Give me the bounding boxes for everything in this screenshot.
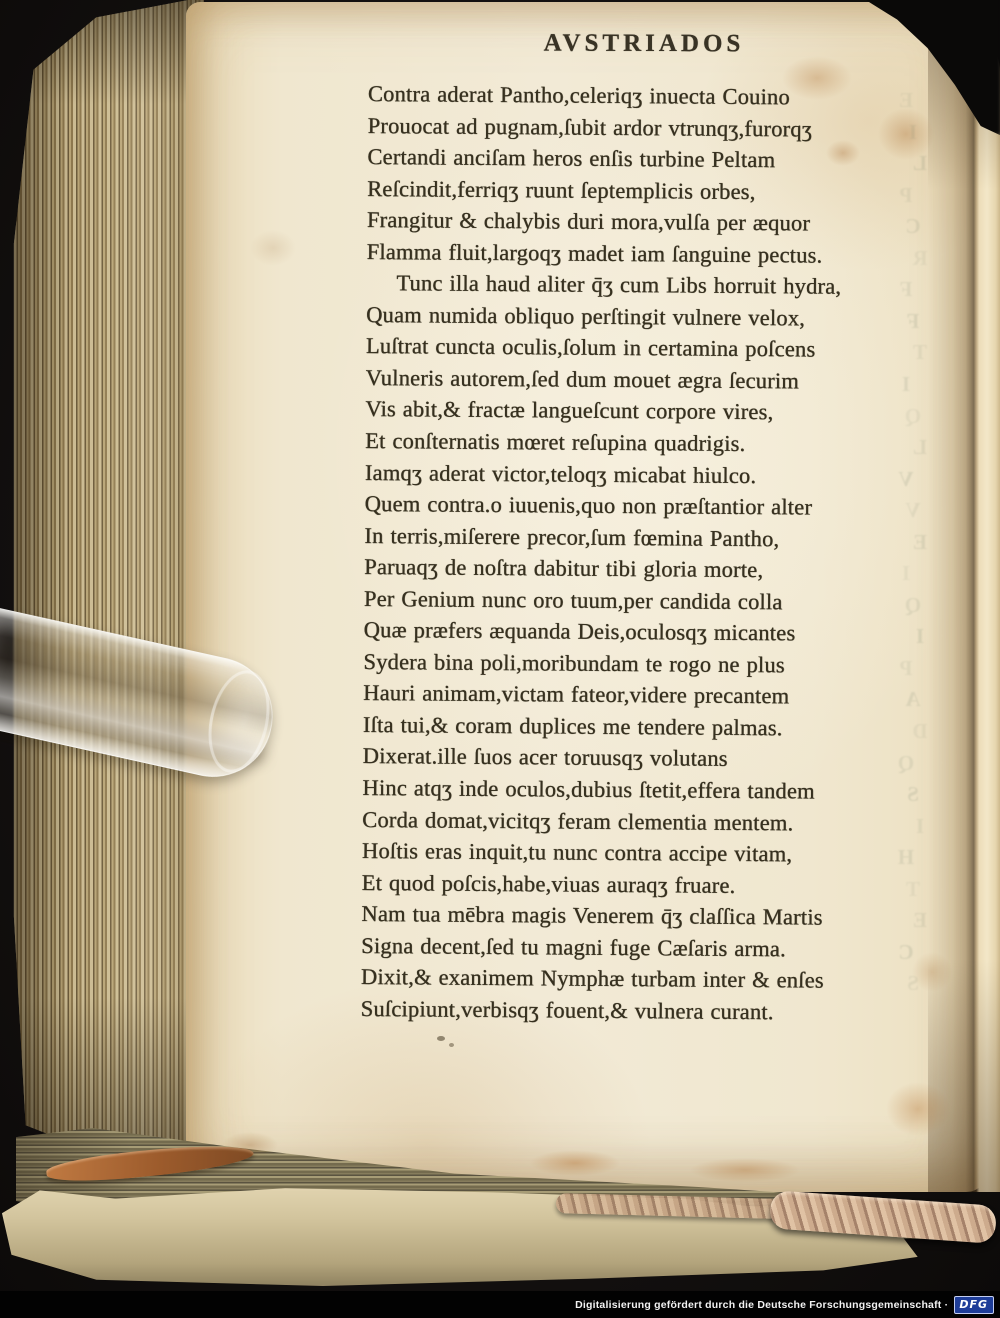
poem-line: Frangitur & chalybis duri mora,vulſa per… — [367, 204, 923, 240]
poem-line: Paruaqʒ de noſtra dabitur tibi gloria mo… — [364, 551, 920, 587]
fore-edge-page-stack — [8, 0, 204, 1160]
dfg-logo: DFG — [954, 1296, 994, 1314]
poem-line: Luſtrat cuncta oculis,ſolum in certamina… — [366, 330, 922, 366]
poem-line: Hauri animam,victam fateor,videre precan… — [363, 677, 919, 713]
poem-line: Corda domat,vicitqʒ feram clementia ment… — [362, 804, 918, 840]
poem-line: Vulneris autorem,ſed dum mouet ægra ſecu… — [366, 362, 922, 398]
poem-line: In terris,miſerere precor,ſum fœmina Pan… — [364, 520, 920, 556]
poem-line: Dixerat.ille ſuos acer toruusqʒ volutans — [363, 740, 919, 776]
poem-line: Iſta tui,& coram duplices me tendere pal… — [363, 709, 919, 745]
poem-line: Per Genium nunc oro tuum,per candida col… — [364, 583, 920, 619]
credit-text: Digitalisierung gefördert durch die Deut… — [575, 1299, 948, 1311]
poem-line: Tunc illa haud aliter q̄ʒ cum Libs horru… — [366, 267, 922, 303]
poem-line: Reſcindit,ferriqʒ ruunt ſeptemplicis orb… — [367, 173, 923, 209]
poem-line: Certandi anciſam heros enſis turbine Pel… — [367, 141, 923, 177]
running-title: AVSTRIADOS — [368, 29, 920, 59]
poem-line: Contra aderat Pantho,celeriqʒ inuecta Co… — [368, 78, 924, 114]
poem-line: Signa decent,ſed tu magni fuge Cæſaris a… — [361, 930, 917, 966]
poem-line: Hoſtis eras inquit,tu nunc contra accipe… — [362, 835, 918, 871]
digitization-credit-bar: Digitalisierung gefördert durch die Deut… — [0, 1291, 1000, 1318]
poem-line: Quam numida obliquo perſtingit vulnere v… — [366, 299, 922, 335]
poem-line: Prouocat ad pugnam,ſubit ardor vtrunqʒ,f… — [368, 110, 924, 146]
poem-line: Nam tua mēbra magis Venerem q̄ʒ claſſica… — [361, 898, 917, 934]
gutter-next-page-sliver — [928, 26, 1000, 1192]
poem-line: Hinc atqʒ inde oculos,dubius ſtetit,effe… — [362, 772, 918, 808]
poem-line: Iamqʒ aderat victor,teloqʒ micabat hiulc… — [365, 457, 921, 493]
book-scan: EILPCRFFTIQLVVEIQIPADQSIHTECS AVSTRIADOS… — [0, 0, 1000, 1318]
poem-text-block: Contra aderat Pantho,celeriqʒ inuecta Co… — [361, 78, 924, 1029]
poem-line: Suſcipiunt,verbisqʒ fouent,& vulnera cur… — [361, 993, 917, 1029]
poem-line: Flamma fluit,largoqʒ madet iam ſanguine … — [367, 236, 923, 272]
poem-line: Et conſternatis mœret reſupina quadrigis… — [365, 425, 921, 461]
poem-line: Dixit,& exanimem Nymphæ turbam inter & e… — [361, 961, 917, 997]
poem-line: Quem contra.o iuuenis,quo non præſtantio… — [365, 488, 921, 524]
poem-line: Sydera bina poli,moribundam te rogo ne p… — [363, 646, 919, 682]
poem-line: Vis abit,& fractæ langueſcunt corpore vi… — [365, 393, 921, 429]
poem-line: Quæ præfers æquanda Deis,oculosqʒ micant… — [364, 614, 920, 650]
poem-line: Et quod poſcis,habe,viuas auraqʒ fruare. — [362, 867, 918, 903]
